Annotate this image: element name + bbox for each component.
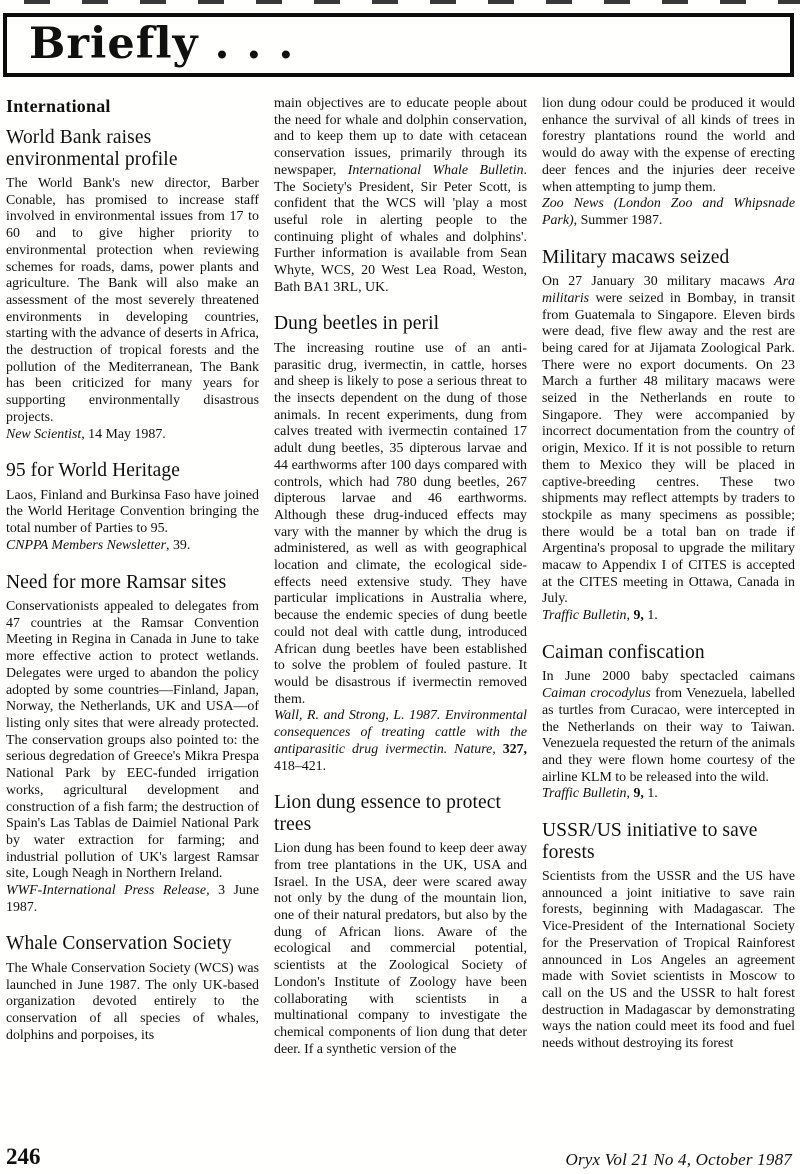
bold-text: 9, xyxy=(633,608,643,623)
text-run: lion dung odour could be produced it wou… xyxy=(542,96,795,195)
text-run: , 39. xyxy=(166,538,190,553)
italic-text: Traffic Bulletin xyxy=(542,786,627,801)
citation: Wall, R. and Strong, L. 1987. Environmen… xyxy=(274,708,527,775)
bold-text: 9, xyxy=(633,786,643,801)
section-heading: Military macaws seized xyxy=(542,247,795,269)
paragraph: The Whale Conservation Society (WCS) was… xyxy=(6,961,259,1045)
text-run: The Whale Conservation Society (WCS) was… xyxy=(6,961,259,1043)
text-run: , Summer 1987. xyxy=(574,213,663,228)
citation: CNPPA Members Newsletter, 39. xyxy=(6,538,259,555)
italic-text: International Whale Bulletin xyxy=(348,163,524,178)
section-heading: Caiman confiscation xyxy=(542,642,795,664)
section-heading: 95 for World Heritage xyxy=(6,460,259,482)
citation: WWF-International Press Release, 3 June … xyxy=(6,883,259,916)
italic-text: New Scientist xyxy=(6,427,81,442)
section-heading: USSR/US initiative to save forests xyxy=(542,820,795,863)
category-heading: International xyxy=(6,96,259,116)
section-heading: World Bank raises environmental profile xyxy=(6,127,259,170)
column-1: InternationalWorld Bank raises environme… xyxy=(6,96,259,1058)
article-columns: InternationalWorld Bank raises environme… xyxy=(6,96,795,1058)
text-run: 1. xyxy=(644,786,658,801)
journal-citation: Oryx Vol 21 No 4, October 1987 xyxy=(565,1151,792,1168)
paragraph: On 27 January 30 military macaws Ara mil… xyxy=(542,274,795,608)
column-2: main objectives are to educate people ab… xyxy=(274,96,527,1058)
paragraph: Lion dung has been found to keep deer aw… xyxy=(274,841,527,1058)
paragraph: Laos, Finland and Burkinsa Faso have joi… xyxy=(6,488,259,538)
text-run: Scientists from the USSR and the US have… xyxy=(542,869,795,1051)
section-heading: Dung beetles in peril xyxy=(274,313,527,335)
scan-artifact xyxy=(24,0,800,4)
italic-text: CNPPA Members Newsletter xyxy=(6,538,166,553)
magazine-page: Briefly . . . InternationalWorld Bank ra… xyxy=(0,0,800,1174)
italic-text: Wall, R. and Strong, L. 1987. Environmen… xyxy=(274,708,527,756)
italic-text: Traffic Bulletin xyxy=(542,608,627,623)
citation: Zoo News (London Zoo and Whipsnade Park)… xyxy=(542,196,795,229)
section-heading: Whale Conservation Society xyxy=(6,933,259,955)
italic-text: WWF-International Press Release, xyxy=(6,883,210,898)
citation: Traffic Bulletin, 9, 1. xyxy=(542,608,795,625)
text-run: In June 2000 baby spectacled caimans xyxy=(542,669,795,684)
italic-text: Caiman crocodylus xyxy=(542,686,651,701)
paragraph: main objectives are to educate people ab… xyxy=(274,96,527,296)
text-run: 1. xyxy=(644,608,658,623)
briefly-header-box: Briefly . . . xyxy=(3,13,794,77)
text-run: The increasing routine use of an anti-pa… xyxy=(274,341,527,707)
citation: Traffic Bulletin, 9, 1. xyxy=(542,786,795,803)
text-run: The World Bank's new director, Barber Co… xyxy=(6,176,259,425)
citation: New Scientist, 14 May 1987. xyxy=(6,427,259,444)
section-heading: Lion dung essence to protect trees xyxy=(274,792,527,835)
text-run: Laos, Finland and Burkinsa Faso have joi… xyxy=(6,488,259,536)
page-number: 246 xyxy=(6,1145,41,1168)
paragraph: Scientists from the USSR and the US have… xyxy=(542,869,795,1053)
paragraph: lion dung odour could be produced it wou… xyxy=(542,96,795,196)
paragraph: Conservationists appealed to delegates f… xyxy=(6,599,259,883)
column-3: lion dung odour could be produced it wou… xyxy=(542,96,795,1058)
text-run: On 27 January 30 military macaws xyxy=(542,274,774,289)
page-footer: 246 Oryx Vol 21 No 4, October 1987 xyxy=(6,1145,792,1168)
paragraph: In June 2000 baby spectacled caimans Cai… xyxy=(542,669,795,786)
text-run: . The Society's President, Sir Peter Sco… xyxy=(274,163,527,295)
page-title: Briefly . . . xyxy=(29,23,294,66)
section-heading: Need for more Ramsar sites xyxy=(6,572,259,594)
paragraph: The increasing routine use of an anti-pa… xyxy=(274,341,527,708)
text-run: Lion dung has been found to keep deer aw… xyxy=(274,841,527,1056)
text-run: were seized in Bombay, in transit from G… xyxy=(542,291,795,607)
text-run: Conservationists appealed to delegates f… xyxy=(6,599,259,881)
bold-text: 327, xyxy=(503,742,527,757)
text-run: , 14 May 1987. xyxy=(81,427,166,442)
text-run: 418–421. xyxy=(274,759,326,774)
paragraph: The World Bank's new director, Barber Co… xyxy=(6,176,259,427)
